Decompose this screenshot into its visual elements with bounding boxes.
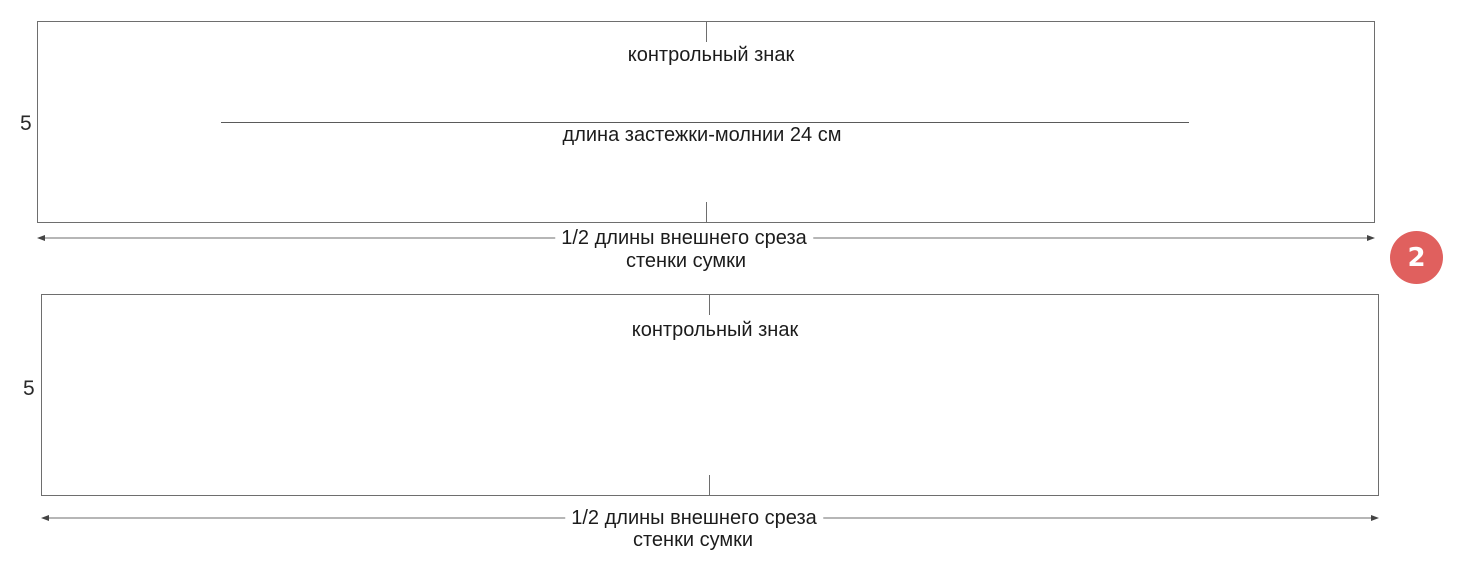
side-height-label-1: 5	[20, 113, 32, 134]
zipper-line	[221, 122, 1189, 123]
dimension-label-2-line1: 1/2 длины внешнего среза	[565, 508, 823, 528]
control-notch-top	[709, 295, 710, 315]
control-mark-label-1: контрольный знак	[628, 45, 794, 65]
control-notch-top	[706, 22, 707, 42]
control-notch-bottom	[706, 202, 707, 222]
dimension-label-1-line2: стенки сумки	[626, 251, 746, 271]
control-mark-label-2: контрольный знак	[632, 320, 798, 340]
zipper-length-label: длина застежки-молнии 24 см	[563, 125, 842, 145]
dimension-label-2-line2: стенки сумки	[633, 530, 753, 550]
side-height-label-2: 5	[23, 378, 35, 399]
dimension-label-1-line1: 1/2 длины внешнего среза	[555, 228, 813, 248]
step-number-badge: 2	[1390, 231, 1443, 284]
control-notch-bottom	[709, 475, 710, 495]
